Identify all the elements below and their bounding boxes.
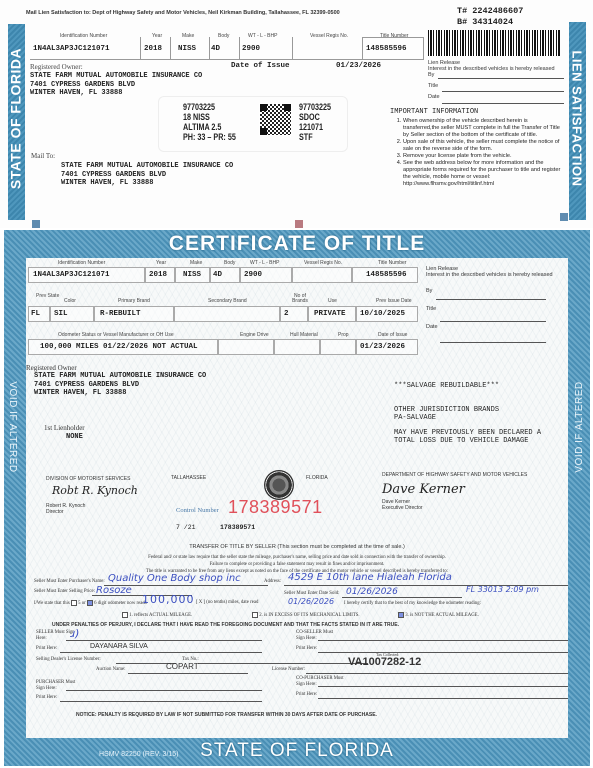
date-of-issue-label: Date of Issue [231,62,290,70]
void-if-altered-right: VOID IF ALTERED [573,337,587,517]
label-title-number: Title Number [380,33,408,39]
stub-owner-address: STATE FARM MUTUAL AUTOMOBILE INSURANCE C… [30,72,202,98]
lienholder-value: NONE [66,433,83,441]
option-not-actual-mileage[interactable]: 3. is NOT THE ACTUAL MILEAGE. [398,612,479,618]
date-sold-field[interactable]: 01/26/2026 [346,587,398,597]
label-body: Body [218,33,229,39]
department-label: DEPARTMENT OF HIGHWAY SAFETY AND MOTOR V… [382,472,527,478]
not-actual-mileage-checkbox[interactable] [398,612,404,618]
selling-price-field[interactable]: Rosoze [96,585,132,596]
value-make: NISS [178,45,196,53]
barcode [428,30,560,56]
cert-registered-owner-label: Registered Owner [26,364,77,372]
salvage-remark: ***SALVAGE REBUILDABLE*** [394,382,541,391]
date-of-issue-value: 01/23/2026 [336,62,381,70]
state-label: FLORIDA [306,475,328,481]
cert-lien-release: Lien Release Interest in the described v… [426,266,566,330]
cert-body: 4D [213,271,222,279]
value-title-number: 148585596 [366,45,407,53]
label-wt-l-bhp: WT - L - BHP [248,33,277,39]
seller-signature-field[interactable]: ɹ) [70,627,79,640]
executive-director-signature: Dave Kerner [382,482,465,497]
state-of-florida-text: STATE OF FLORIDA [8,29,25,209]
date-read-field[interactable]: 01/26/2026 [288,597,334,606]
label-vessel-regis: Vessel Regis No. [310,33,348,39]
red-registration-mark [295,220,303,228]
sub-code: 7 /21 [176,524,196,531]
cert-id-number: 1N4AL3AP3JC121071 [33,271,110,279]
purchaser-address-field[interactable]: 4529 E 10th lane Hialeah Florida [288,572,452,583]
blue-registration-mark-right [560,213,568,221]
mail-to-label: Mail To: [31,152,55,160]
value-id-number: 1N4AL3AP3JC121071 [33,45,110,53]
mail-lien-instructions: Mail Lien Satisfaction to: Dept of Highw… [26,10,340,16]
void-if-altered-left: VOID IF ALTERED [5,337,19,517]
florida-seal-icon [264,470,294,500]
b-number: B# 34314024 [457,17,513,27]
five-digit-checkbox[interactable] [71,600,77,606]
division-label: DIVISION OF MOTORIST SERVICES [46,476,130,482]
certificate-title-heading: CERTIFICATE OF TITLE [4,232,590,256]
important-information: IMPORTANT INFORMATION When ownership of … [390,108,565,188]
sub-control-number: 178389571 [220,524,255,531]
cert-row-odometer: Odometer Status or Vessel Manufacturer o… [28,330,420,360]
cert-prev-issue-date: 10/10/2025 [360,310,405,318]
transfer-legal-2: Failure to complete or providing a false… [26,562,568,567]
cert-year: 2018 [149,271,167,279]
certificate-footer: STATE OF FLORIDA [4,740,590,762]
value-year: 2018 [144,45,162,53]
address-extra: FL 33013 2:09 pm [466,585,539,594]
executive-director-name: Dave Kerner Executive Director [382,500,423,511]
label-id-number: Identification Number [60,33,107,39]
cert-primary-brand: R-REBUILT [100,310,141,318]
title-remarks: ***SALVAGE REBUILDABLE*** OTHER JURISDIC… [394,382,541,446]
director-signature: Robt R. Kynoch [52,484,138,497]
transfer-legal-1: Federal and/ or state law require that t… [26,555,568,560]
vehicle-fields-row: Identification Number 1N4AL3AP3JC121071 … [30,30,424,60]
lien-satisfaction-text: LIEN SATISFACTION [569,29,586,209]
control-number-label: Control Number [176,507,219,514]
cert-owner-address: STATE FARM MUTUAL AUTOMOBILE INSURANCE C… [34,372,206,398]
cert-odometer: 100,000 MILES 01/22/2026 NOT ACTUAL [40,343,198,351]
value-body: 4D [211,45,220,53]
cert-title-number: 148585596 [366,271,407,279]
lien-satisfaction-stub: Mail Lien Satisfaction to: Dept of Highw… [0,0,593,228]
important-list: When ownership of the vehicle described … [390,118,565,188]
registered-owner-label: Registered Owner: [30,63,83,71]
penalty-notice: NOTICE: PENALTY IS REQUIRED BY LAW IF NO… [76,712,377,718]
sticker-left-text: 97703225 18 NISS ALTIMA 2.5 PH: 33 – PR:… [183,102,236,142]
transfer-heading: TRANSFER OF TITLE BY SELLER (This sectio… [26,544,568,550]
cert-make: NISS [183,271,201,279]
label-year: Year [152,33,162,39]
blue-registration-mark [32,220,40,228]
auction-name: COPART [166,662,199,671]
lien-satisfaction-band: LIEN SATISFACTION [569,22,586,220]
seller-print-field[interactable]: DAYANARA SILVA [90,643,148,650]
option-excess-mechanical[interactable]: 2. is IN EXCESS OF ITS MECHANICAL LIMITS… [252,612,360,618]
control-number: 178389571 [228,497,323,518]
important-heading: IMPORTANT INFORMATION [390,108,565,116]
cert-date-of-issue: 01/23/2026 [360,343,405,351]
cert-wt: 2900 [244,271,262,279]
cert-use: PRIVATE [314,310,346,318]
tenths-field[interactable]: X [199,600,202,605]
cert-color: SIL [54,310,68,318]
cert-no-brands: 2 [284,310,289,318]
option-actual-mileage[interactable]: 1. reflects ACTUAL MILEAGE. [122,612,192,618]
purchaser-name-field[interactable]: Quality One Body shop inc [108,573,241,584]
cert-prev-state: FL [31,310,40,318]
city-label: TALLAHASSEE [171,475,206,481]
director-name: Robert R. Kynoch Director [46,504,85,515]
six-digit-checkbox[interactable] [87,600,93,606]
registration-sticker: 97703225 18 NISS ALTIMA 2.5 PH: 33 – PR:… [158,96,348,152]
certificate-of-title: CERTIFICATE OF TITLE VOID IF ALTERED VOI… [4,230,590,766]
actual-mileage-checkbox[interactable] [122,612,128,618]
sticker-right-text: 97703225 SDOC 121071 STF [299,102,331,142]
t-number: T# 2242486607 [457,6,523,16]
mail-to-address: STATE FARM MUTUAL AUTOMOBILE INSURANCE C… [61,162,233,188]
excess-mechanical-checkbox[interactable] [252,612,258,618]
value-wt-l-bhp: 2900 [242,45,260,53]
cert-row-vehicle: Identification Number 1N4AL3AP3JC121071 … [28,258,420,288]
cert-row-brand: Prev State FL Color SIL Primary Brand R-… [28,294,420,324]
perjury-statement: UNDER PENALTIES OF PERJURY, I DECLARE TH… [52,622,399,628]
certificate-body: Identification Number 1N4AL3AP3JC121071 … [26,258,568,738]
co-seller-signature-field[interactable] [320,630,568,640]
state-of-florida-band: STATE OF FLORIDA [8,24,25,220]
odometer-statement: I/We state that this 5 or 6 digit odomet… [34,600,147,606]
stub-lien-release: Lien Release Interest in the described v… [428,60,568,100]
odometer-reading-field[interactable]: 100,000 [142,593,195,606]
label-make: Make [182,33,194,39]
lienholder-label: 1st Lienholder [44,424,85,432]
qr-code [259,103,292,136]
tax-stamp: VA1007282-12 [348,656,421,668]
